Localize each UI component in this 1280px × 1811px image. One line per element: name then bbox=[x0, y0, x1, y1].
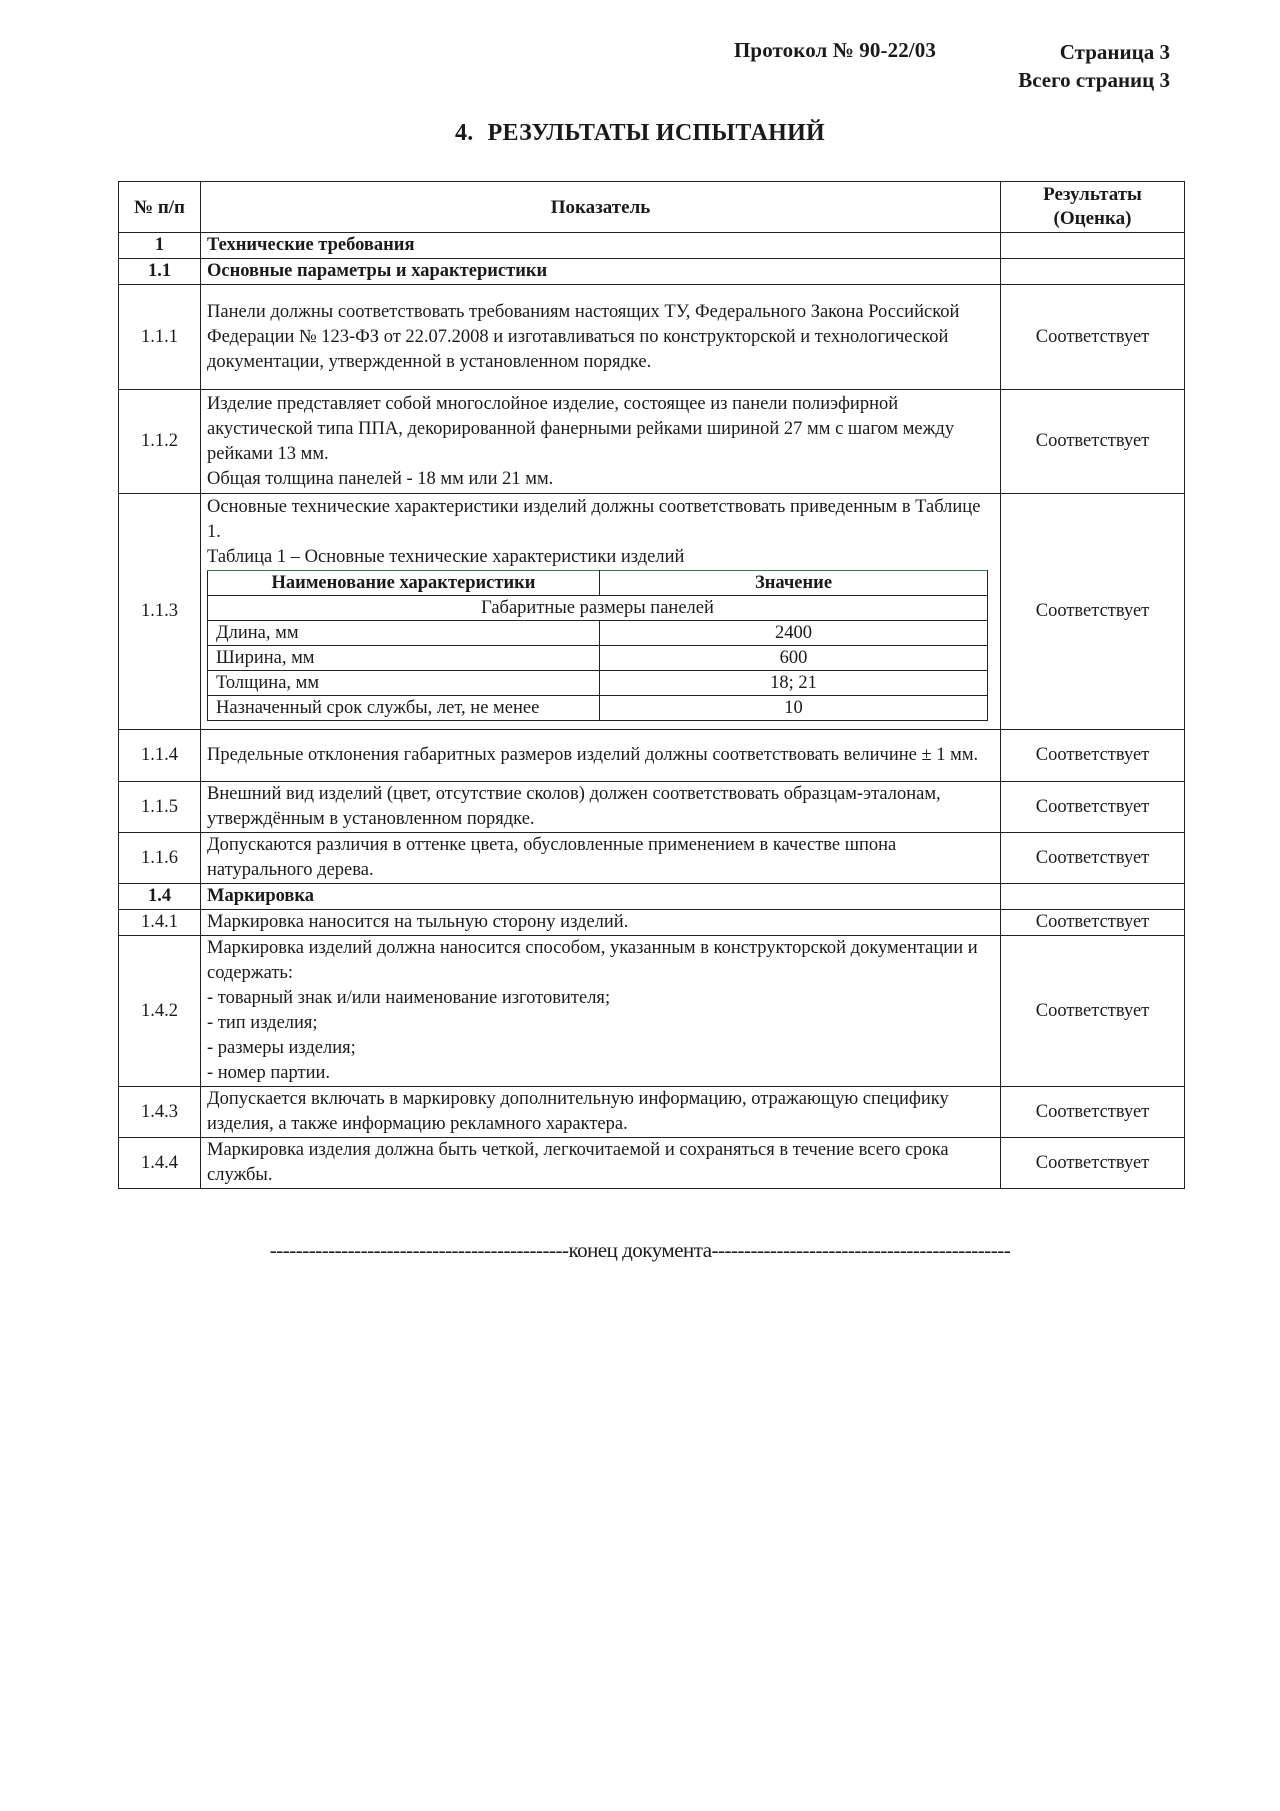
row-text: Технические требования bbox=[201, 233, 1001, 259]
inner-row-name: Толщина, мм bbox=[208, 671, 600, 696]
inner-row-name: Назначенный срок службы, лет, не менее bbox=[208, 696, 600, 721]
inner-row-value: 2400 bbox=[600, 621, 988, 646]
page-counter: Страница 3 Всего страниц 3 bbox=[1018, 38, 1170, 94]
table-row: 1.4.1 Маркировка наносится на тыльную ст… bbox=[119, 910, 1185, 936]
row-result: Соответствует bbox=[1001, 910, 1185, 936]
row-text: Маркировка изделия должна быть четкой, л… bbox=[201, 1138, 1001, 1189]
row-number: 1 bbox=[119, 233, 201, 259]
row-result: Соответствует bbox=[1001, 782, 1185, 833]
dash-rule-left: ----------------------------------------… bbox=[270, 1238, 569, 1262]
inner-row: Ширина, мм 600 bbox=[208, 646, 988, 671]
table-row: 1.1 Основные параметры и характеристики bbox=[119, 259, 1185, 285]
row-number: 1.4.2 bbox=[119, 936, 201, 1087]
row-text: Изделие представляет собой многослойное … bbox=[201, 390, 1001, 494]
total-pages: Всего страниц 3 bbox=[1018, 66, 1170, 94]
dash-rule-right: ----------------------------------------… bbox=[712, 1238, 1011, 1262]
row-text: Внешний вид изделий (цвет, отсутствие ск… bbox=[201, 782, 1001, 833]
table-row: 1.4.2 Маркировка изделий должна наноситс… bbox=[119, 936, 1185, 1087]
row-text-line: - размеры изделия; bbox=[207, 1036, 994, 1061]
row-number: 1.1.3 bbox=[119, 494, 201, 730]
col-header-result: Результаты (Оценка) bbox=[1001, 182, 1185, 233]
row-text: Маркировка изделий должна наносится спос… bbox=[201, 936, 1001, 1087]
row-number: 1.1 bbox=[119, 259, 201, 285]
results-table: № п/п Показатель Результаты (Оценка) 1 Т… bbox=[118, 181, 1185, 1189]
col-header-indicator: Показатель bbox=[201, 182, 1001, 233]
inner-row-name: Ширина, мм bbox=[208, 646, 600, 671]
section-number: 4. bbox=[455, 120, 474, 146]
row-number: 1.1.6 bbox=[119, 833, 201, 884]
table-header-row: № п/п Показатель Результаты (Оценка) bbox=[119, 182, 1185, 233]
col-header-result-line1: Результаты bbox=[1007, 183, 1178, 207]
row-result: Соответствует bbox=[1001, 285, 1185, 390]
inner-row-value: 10 bbox=[600, 696, 988, 721]
inner-row: Длина, мм 2400 bbox=[208, 621, 988, 646]
end-of-document-marker: ----------------------------------------… bbox=[0, 1238, 1280, 1263]
row-result bbox=[1001, 884, 1185, 910]
row-number: 1.1.2 bbox=[119, 390, 201, 494]
row-result bbox=[1001, 233, 1185, 259]
row-result bbox=[1001, 259, 1185, 285]
inner-col-header-name: Наименование характеристики bbox=[208, 571, 600, 596]
row-text-para: Основные технические характеристики изде… bbox=[207, 495, 994, 545]
table-row: 1.1.6 Допускаются различия в оттенке цве… bbox=[119, 833, 1185, 884]
row-number: 1.1.5 bbox=[119, 782, 201, 833]
row-text: Допускается включать в маркировку дополн… bbox=[201, 1087, 1001, 1138]
row-number: 1.4 bbox=[119, 884, 201, 910]
col-header-number: № п/п bbox=[119, 182, 201, 233]
inner-group-label: Габаритные размеры панелей bbox=[208, 596, 988, 621]
col-header-result-line2: (Оценка) bbox=[1007, 207, 1178, 231]
row-text: Панели должны соответствовать требования… bbox=[201, 285, 1001, 390]
table-row: 1.4.4 Маркировка изделия должна быть чет… bbox=[119, 1138, 1185, 1189]
section-title-text: РЕЗУЛЬТАТЫ ИСПЫТАНИЙ bbox=[488, 120, 825, 146]
table-row: 1.4.3 Допускается включать в маркировку … bbox=[119, 1087, 1185, 1138]
page-number: Страница 3 bbox=[1018, 38, 1170, 66]
row-result: Соответствует bbox=[1001, 1138, 1185, 1189]
row-result: Соответствует bbox=[1001, 1087, 1185, 1138]
inner-header-row: Наименование характеристики Значение bbox=[208, 571, 988, 596]
inner-row-value: 18; 21 bbox=[600, 671, 988, 696]
table-row: 1.1.4 Предельные отклонения габаритных р… bbox=[119, 730, 1185, 782]
row-result: Соответствует bbox=[1001, 936, 1185, 1087]
characteristics-table: Наименование характеристики Значение Габ… bbox=[207, 570, 988, 721]
row-number: 1.4.3 bbox=[119, 1087, 201, 1138]
row-text: Маркировка наносится на тыльную сторону … bbox=[201, 910, 1001, 936]
row-number: 1.1.4 bbox=[119, 730, 201, 782]
section-title: 4.РЕЗУЛЬТАТЫ ИСПЫТАНИЙ bbox=[0, 120, 1280, 147]
protocol-number: Протокол № 90-22/03 bbox=[734, 38, 936, 63]
table-row: 1.1.2 Изделие представляет собой многосл… bbox=[119, 390, 1185, 494]
row-text: Основные технические характеристики изде… bbox=[201, 494, 1001, 730]
row-result: Соответствует bbox=[1001, 494, 1185, 730]
table-row: 1 Технические требования bbox=[119, 233, 1185, 259]
row-text: Основные параметры и характеристики bbox=[201, 259, 1001, 285]
inner-col-header-value: Значение bbox=[600, 571, 988, 596]
inner-row: Толщина, мм 18; 21 bbox=[208, 671, 988, 696]
table-row: 1.1.3 Основные технические характеристик… bbox=[119, 494, 1185, 730]
table-row: 1.1.5 Внешний вид изделий (цвет, отсутст… bbox=[119, 782, 1185, 833]
end-of-document-text: конец документа bbox=[568, 1238, 711, 1262]
row-text-line: - товарный знак и/или наименование изгот… bbox=[207, 986, 994, 1011]
row-number: 1.4.1 bbox=[119, 910, 201, 936]
table1-caption: Таблица 1 – Основные технические характе… bbox=[207, 545, 994, 570]
row-text-line: Изделие представляет собой многослойное … bbox=[207, 392, 994, 467]
inner-row-value: 600 bbox=[600, 646, 988, 671]
row-number: 1.1.1 bbox=[119, 285, 201, 390]
inner-row: Назначенный срок службы, лет, не менее 1… bbox=[208, 696, 988, 721]
inner-row-name: Длина, мм bbox=[208, 621, 600, 646]
table-row: 1.4 Маркировка bbox=[119, 884, 1185, 910]
row-text: Предельные отклонения габаритных размеро… bbox=[201, 730, 1001, 782]
row-text-line: - номер партии. bbox=[207, 1061, 994, 1086]
row-text: Маркировка bbox=[201, 884, 1001, 910]
table-row: 1.1.1 Панели должны соответствовать треб… bbox=[119, 285, 1185, 390]
row-text-line: Маркировка изделий должна наносится спос… bbox=[207, 936, 994, 986]
row-result: Соответствует bbox=[1001, 730, 1185, 782]
row-result: Соответствует bbox=[1001, 390, 1185, 494]
row-text-line: Общая толщина панелей - 18 мм или 21 мм. bbox=[207, 467, 994, 492]
row-result: Соответствует bbox=[1001, 833, 1185, 884]
row-number: 1.4.4 bbox=[119, 1138, 201, 1189]
row-text-line: - тип изделия; bbox=[207, 1011, 994, 1036]
inner-group-row: Габаритные размеры панелей bbox=[208, 596, 988, 621]
row-text: Допускаются различия в оттенке цвета, об… bbox=[201, 833, 1001, 884]
